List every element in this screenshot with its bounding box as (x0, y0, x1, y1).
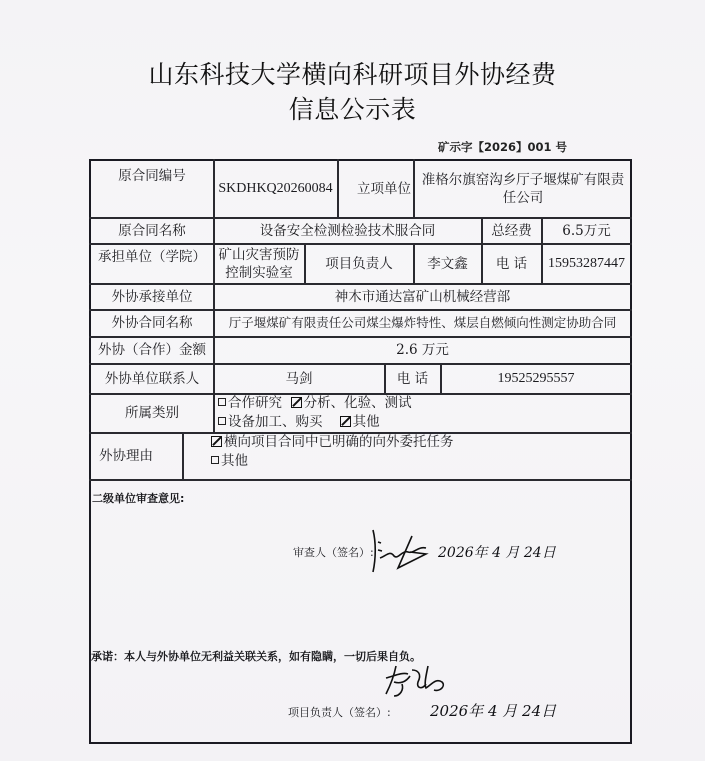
checkbox-unchecked-icon[interactable] (211, 456, 219, 464)
row-divider (89, 479, 632, 481)
category-option-other[interactable]: 其他 (340, 414, 380, 430)
reason-option-contract-task[interactable]: 横向项目合同中已明确的向外委托任务 (211, 433, 454, 452)
project-unit-label: 立项单位 (338, 161, 413, 217)
original-contract-no-value: SKDHKQ20260084 (214, 161, 337, 217)
outsourcing-unit-label: 外协承接单位 (91, 284, 213, 309)
category-option-cooperation[interactable]: 合作研究 (218, 395, 282, 411)
project-unit-value: 准格尔旗窑沟乡厅子堰煤矿有限责任公司 (415, 161, 631, 217)
original-contract-no-label: 原合同编号 (91, 161, 213, 217)
commitment-date: 2026年 4 月 24日 (430, 700, 556, 721)
total-funds-label: 总经费 (482, 218, 541, 243)
total-funds-value: 6.5万元 (542, 218, 631, 243)
outsourcing-unit-value: 神木市通达富矿山机械经营部 (214, 284, 631, 309)
project-leader-label: 项目负责人 (305, 244, 413, 283)
reviewer-sign-label: 审查人（签名）: (293, 544, 374, 560)
reason-options: 横向项目合同中已明确的向外委托任务 其他 (183, 433, 631, 479)
outsourcing-contract-name-label: 外协合同名称 (91, 310, 213, 336)
checkbox-unchecked-icon[interactable] (218, 417, 226, 425)
document-subtitle: 信息公示表 (0, 90, 705, 126)
outsourcing-amount-value: 2.6 万元 (214, 337, 631, 363)
leader-phone-label: 电 话 (482, 244, 541, 283)
outsourcing-amount-label: 外协（合作）金额 (91, 337, 213, 363)
document-number: 矿示字【2026】001 号 (438, 139, 567, 155)
undertaking-unit-line2: 控制实验室 (225, 264, 293, 282)
category-options: 合作研究 分析、化验、测试 设备加工、购买 其他 (214, 394, 631, 432)
contact-phone-value: 19525295557 (441, 364, 631, 393)
reason-option-other[interactable]: 其他 (211, 452, 248, 471)
commitment-text: 承诺：本人与外协单位无利益关联关系，如有隐瞒，一切后果自负。 (91, 648, 421, 664)
contact-phone-label: 电 话 (385, 364, 440, 393)
leader-signature (382, 660, 462, 700)
category-option-equipment[interactable]: 设备加工、购买 (218, 414, 323, 430)
undertaking-unit-line1: 矿山灾害预防 (219, 246, 300, 264)
leader-sign-label: 项目负责人（签名）: (288, 704, 391, 720)
project-leader-value: 李文鑫 (414, 244, 481, 283)
reviewer-signature (368, 528, 448, 574)
document-title: 山东科技大学横向科研项目外协经费 (0, 55, 705, 91)
undertaking-unit-value: 矿山灾害预防 控制实验室 (214, 244, 304, 283)
review-date: 2026年 4 月 24日 (438, 542, 556, 562)
reason-label: 外协理由 (91, 433, 182, 479)
checkbox-checked-icon[interactable] (211, 436, 222, 447)
original-contract-name-label: 原合同名称 (91, 218, 213, 243)
original-contract-name-value: 设备安全检测检验技术服合同 (214, 218, 481, 243)
checkbox-checked-icon[interactable] (340, 416, 351, 427)
undertaking-unit-label: 承担单位（学院） (91, 244, 213, 283)
leader-phone-value: 15953287447 (542, 244, 631, 283)
category-option-analysis[interactable]: 分析、化验、测试 (291, 395, 412, 411)
outsourcing-contact-value: 马剑 (214, 364, 384, 393)
category-label: 所属类别 (91, 394, 213, 432)
review-section-label: 二级单位审查意见: (92, 490, 184, 506)
checkbox-checked-icon[interactable] (291, 397, 302, 408)
outsourcing-contact-label: 外协单位联系人 (91, 364, 213, 393)
checkbox-unchecked-icon[interactable] (218, 398, 226, 406)
outsourcing-contract-name-value: 厅子堰煤矿有限责任公司煤尘爆炸特性、煤层自燃倾向性测定协助合同 (214, 310, 631, 336)
